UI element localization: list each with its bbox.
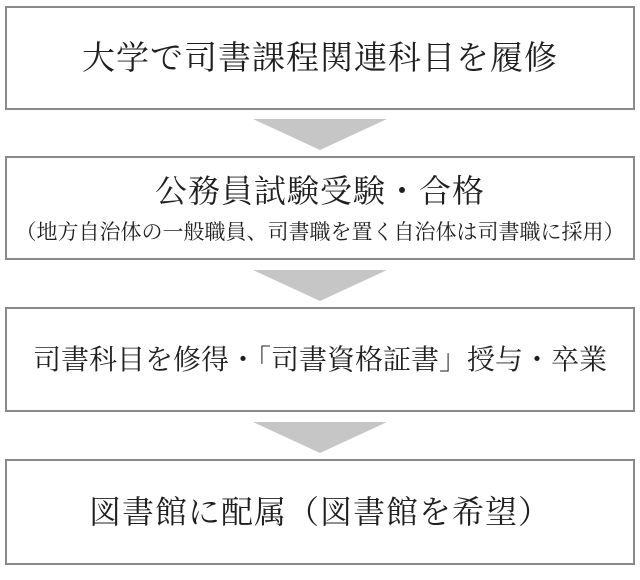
flow-step-2-subtitle: （地方自治体の一般職員、司書職を置く自治体は司書職に採用） (16, 220, 625, 245)
down-arrow-icon (253, 270, 387, 301)
flow-step-4: 図書館に配属（図書館を希望） (5, 459, 635, 565)
flow-step-2-title: 公務員試験受験・合格 (155, 171, 485, 211)
flow-step-2: 公務員試験受験・合格 （地方自治体の一般職員、司書職を置く自治体は司書職に採用） (5, 156, 635, 260)
flow-step-3-title: 司書科目を修得・「司書資格証書」授与・卒業 (33, 342, 607, 377)
down-arrow-icon (253, 422, 387, 453)
flow-step-1-title: 大学で司書課程関連科目を履修 (82, 37, 558, 78)
down-arrow-icon (253, 119, 387, 150)
flow-step-1: 大学で司書課程関連科目を履修 (5, 6, 635, 110)
flow-step-3: 司書科目を修得・「司書資格証書」授与・卒業 (5, 307, 635, 412)
flow-step-4-title: 図書館に配属（図書館を希望） (89, 492, 551, 532)
flowchart-canvas: 大学で司書課程関連科目を履修 公務員試験受験・合格 （地方自治体の一般職員、司書… (0, 0, 640, 580)
